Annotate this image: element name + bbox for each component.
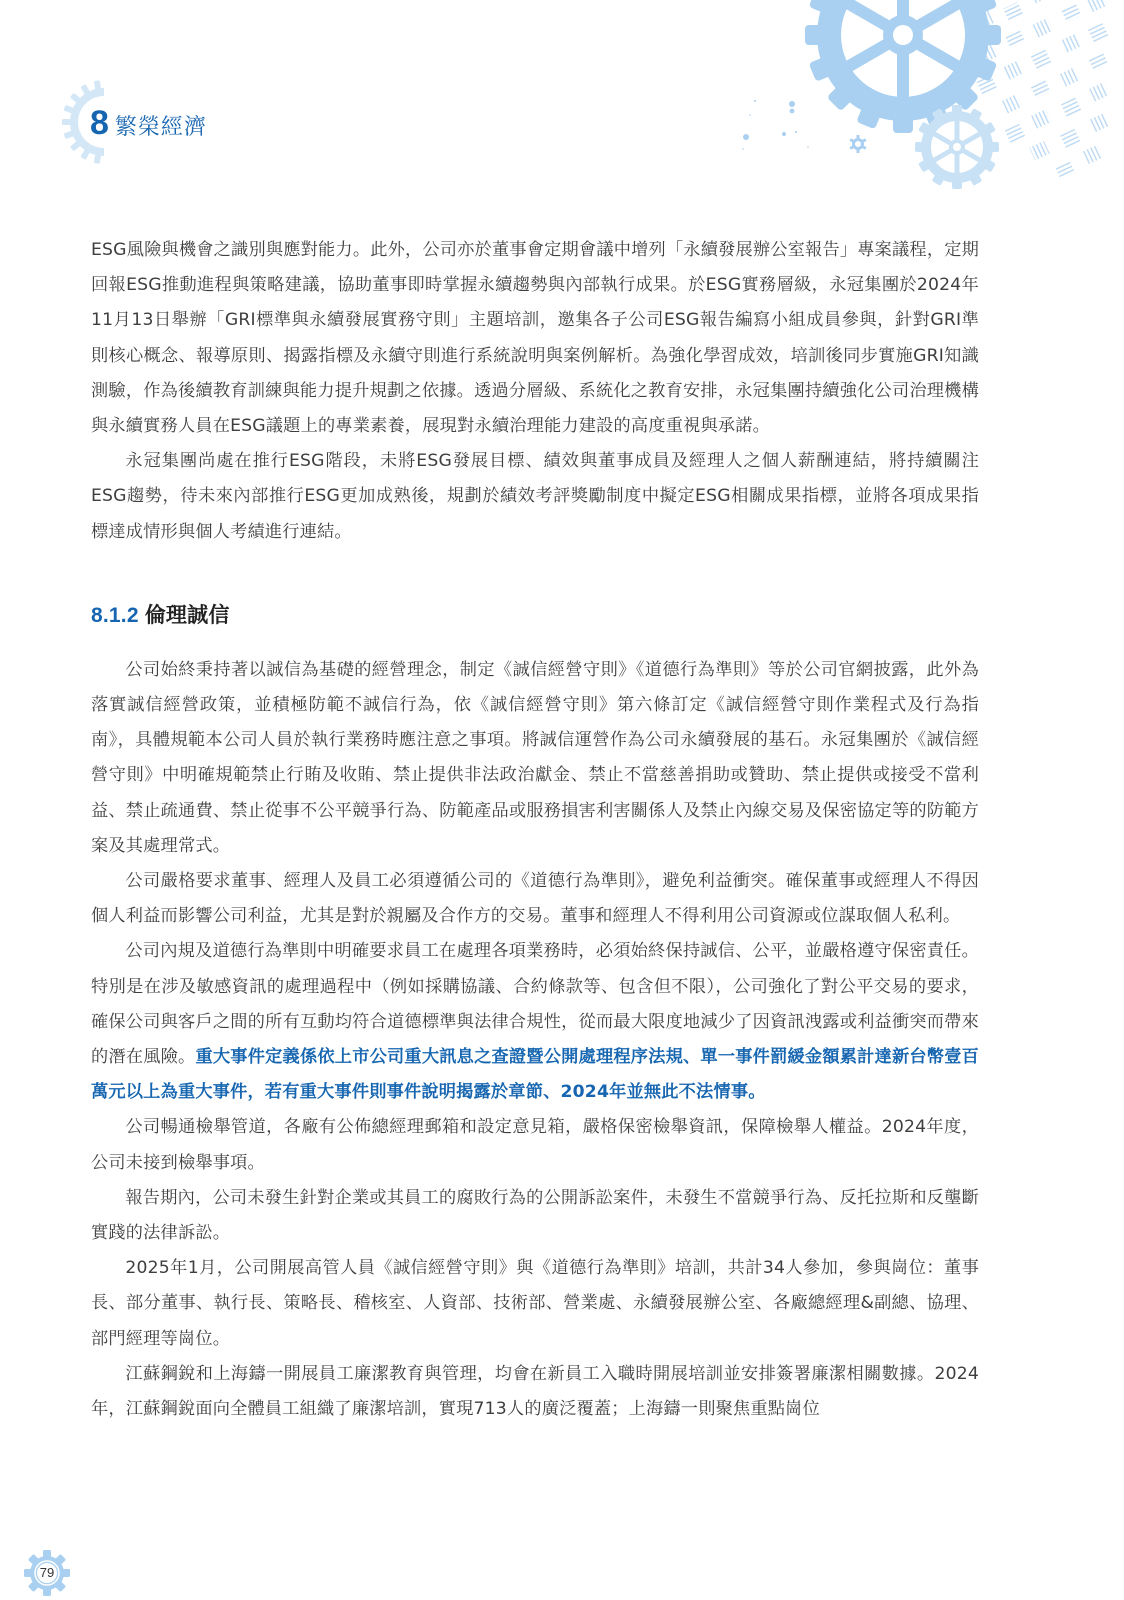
page-number-badge: 79 [24, 1550, 70, 1596]
chapter-number: 8 [90, 104, 109, 143]
body-paragraph: 公司內規及道德行為準則中明確要求員工在處理各項業務時，必須始終保持誠信、公平，並… [91, 934, 979, 1110]
page-content: ESG風險與機會之識別與應對能力。此外，公司亦於董事會定期會議中增列「永續發展辦… [91, 233, 979, 1427]
page-number: 79 [24, 1550, 70, 1596]
decorative-gears-graphic [700, 0, 1124, 200]
section-title: 倫理誠信 [145, 603, 230, 627]
body-paragraph: ESG風險與機會之識別與應對能力。此外，公司亦於董事會定期會議中增列「永續發展辦… [91, 233, 979, 444]
body-paragraph: 永冠集團尚處在推行ESG階段，未將ESG發展目標、績效與董事成員及經理人之個人薪… [91, 444, 979, 550]
chapter-title: 繁榮經濟 [115, 110, 207, 141]
section-heading: 8.1.2倫理誠信 [91, 600, 979, 631]
highlighted-statement: 重大事件定義係依上市公司重大訊息之查證暨公開處理程序法規、單一事件罰緩金額累計達… [91, 1047, 979, 1102]
body-paragraph: 江蘇鋼銳和上海鑄一開展員工廉潔教育與管理，均會在新員工入職時開展培訓並安排簽署廉… [91, 1357, 979, 1427]
section-number: 8.1.2 [91, 604, 139, 627]
body-paragraph: 公司暢通檢舉管道，各廠有公佈總經理郵箱和設定意見箱，嚴格保密檢舉資訊，保障檢舉人… [91, 1110, 979, 1180]
body-paragraph: 公司始終秉持著以誠信為基礎的經營理念，制定《誠信經營守則》《道德行為準則》等於公… [91, 653, 979, 864]
body-paragraph: 公司嚴格要求董事、經理人及員工必須遵循公司的《道德行為準則》，避免利益衝突。確保… [91, 864, 979, 934]
body-paragraph: 2025年1月，公司開展高管人員《誠信經營守則》與《道德行為準則》培訓，共計34… [91, 1251, 979, 1357]
chapter-header: 8 繁榮經濟 [90, 104, 207, 143]
body-paragraph: 報告期內，公司未發生針對企業或其員工的腐敗行為的公開訴訟案件，未發生不當競爭行為… [91, 1181, 979, 1251]
